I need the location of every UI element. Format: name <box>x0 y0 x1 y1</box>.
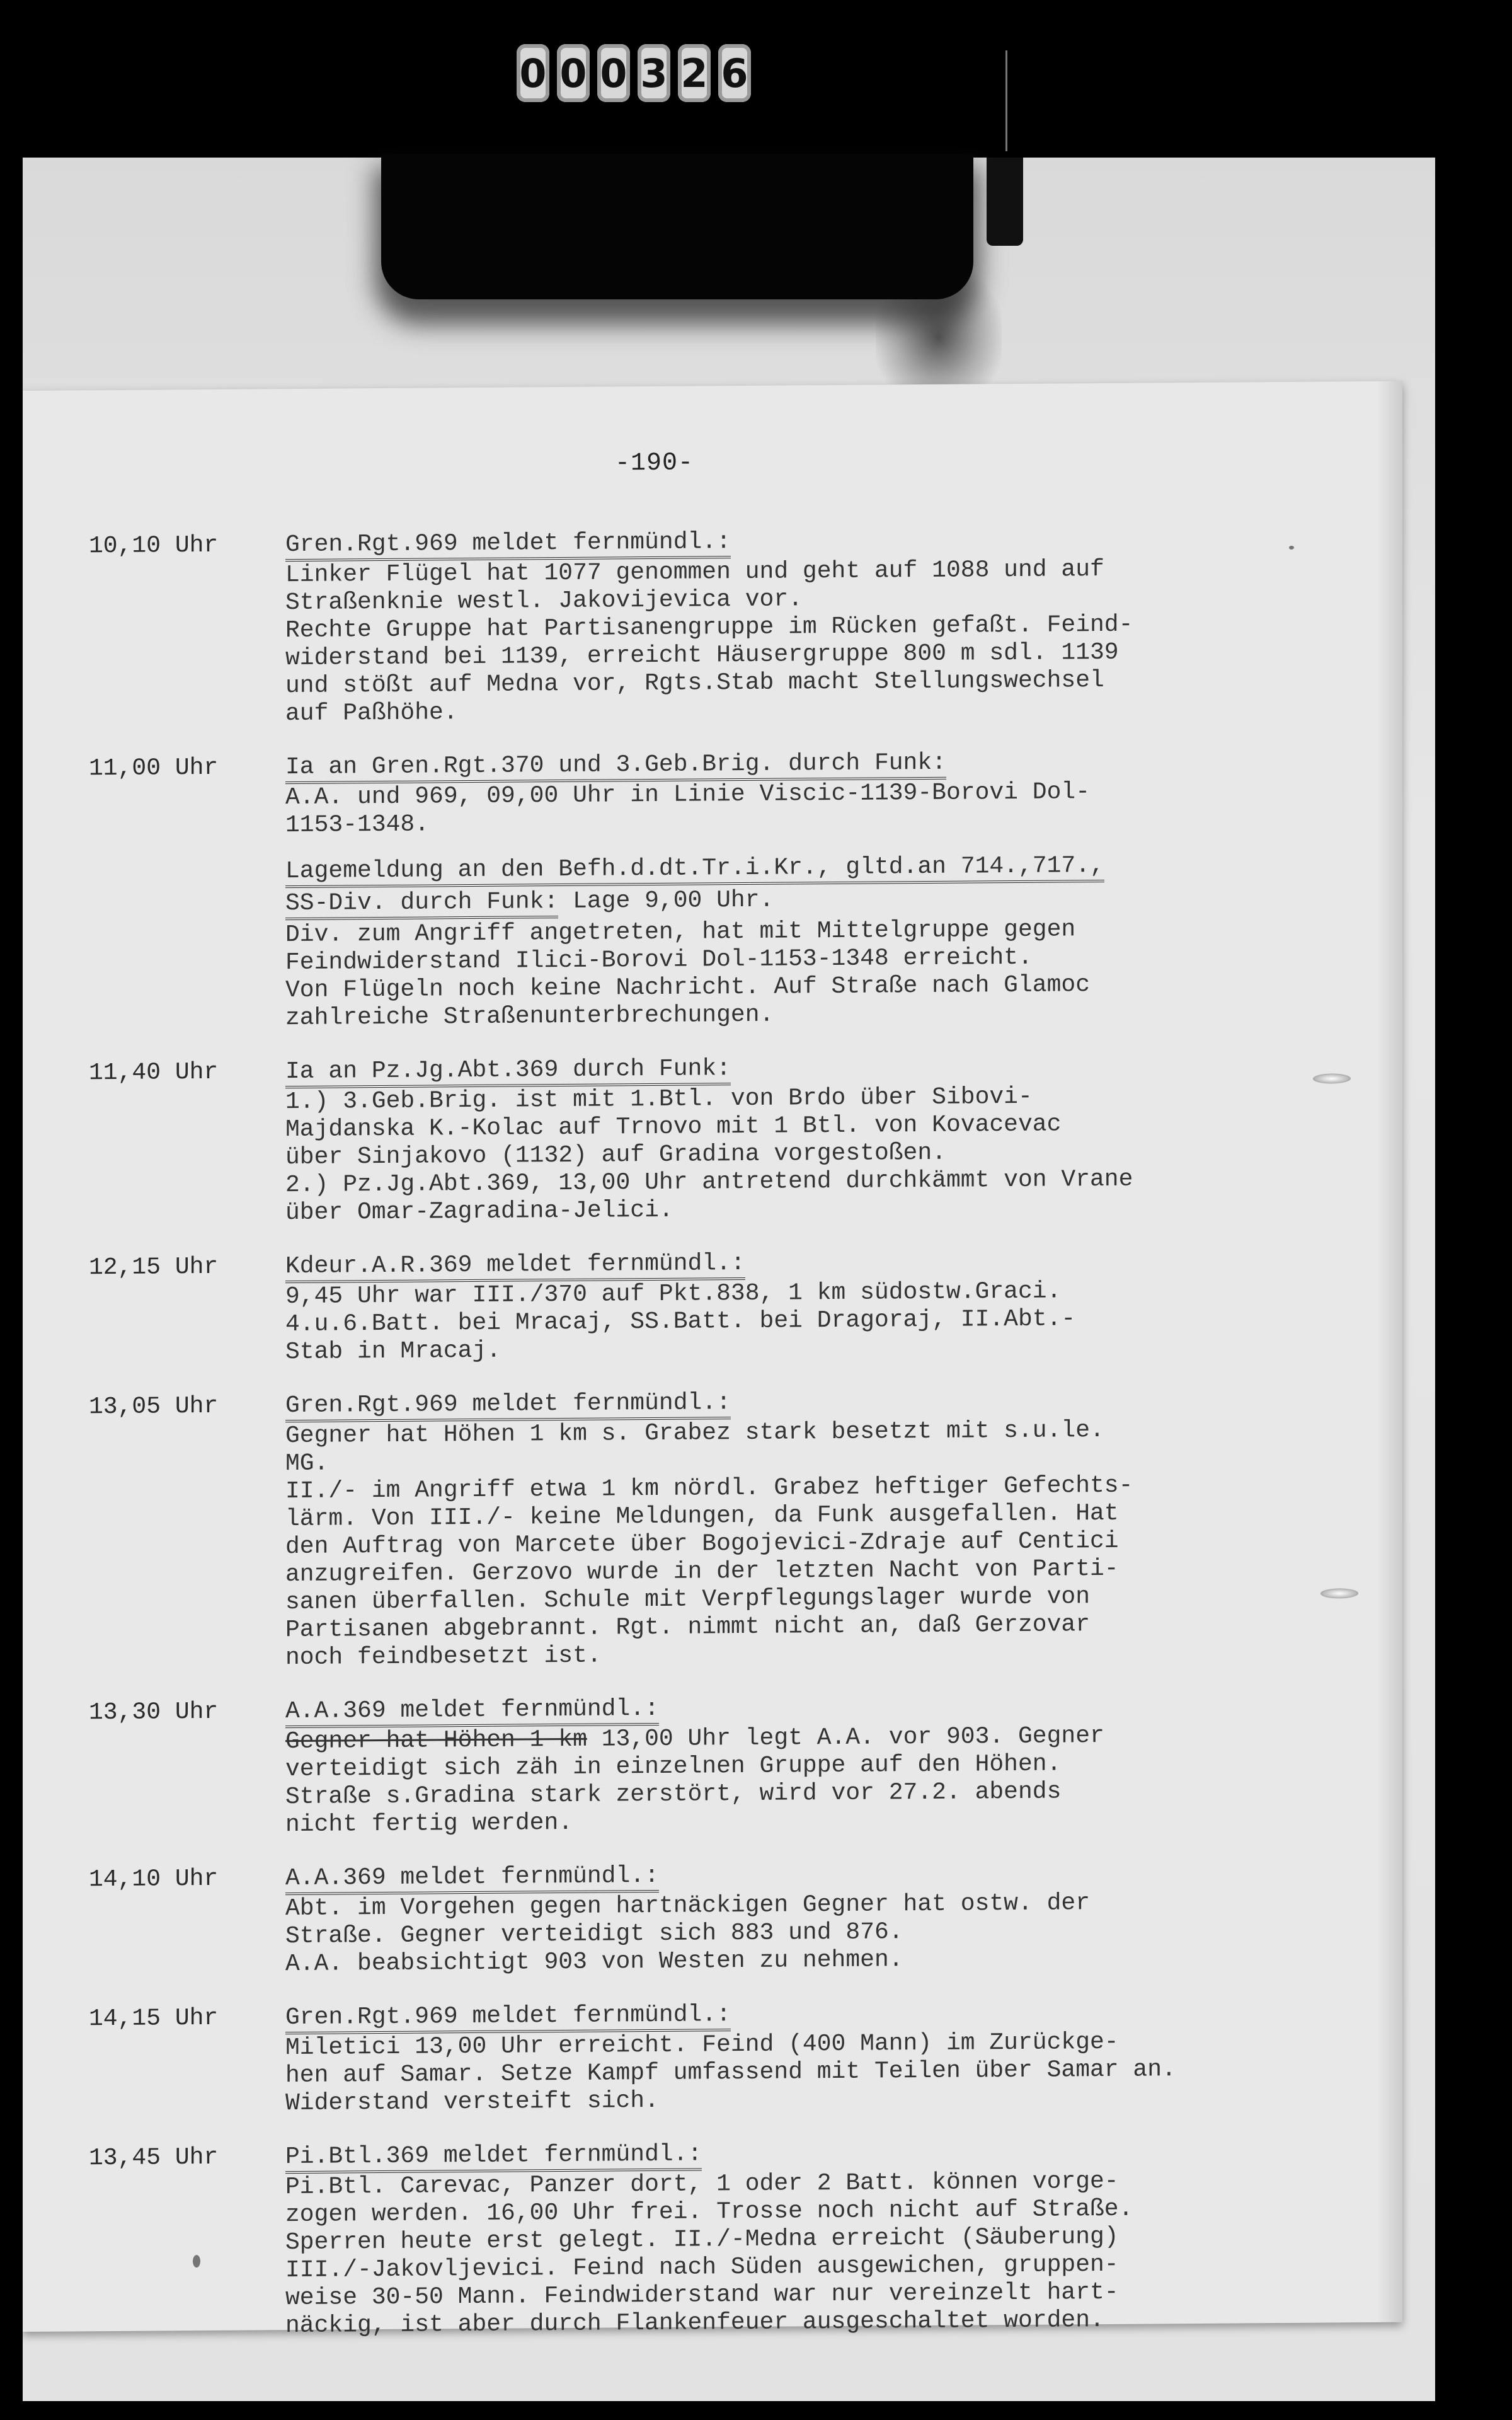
sub-report-heading-tail: Lage 9,00 Uhr. <box>558 887 774 915</box>
frame-digit: 0 <box>597 44 630 102</box>
entry-heading: Gren.Rgt.969 meldet fernmündl.: <box>285 527 731 562</box>
diary-entry: 11,00 UhrIa an Gren.Rgt.370 und 3.Geb.Br… <box>89 746 1349 1034</box>
diary-entry: 14,10 UhrA.A.369 meldet fernmündl.:Abt. … <box>89 1857 1349 1979</box>
entry-content: A.A.369 meldet fernmündl.:Gegner hat Höh… <box>285 1690 1349 1839</box>
entry-line-text: 1153-1348. <box>285 810 429 839</box>
entry-line-text: Abt. im Vorgehen gegen hartnäckigen Gegn… <box>285 1889 1090 1922</box>
diary-entry: 14,15 UhrGren.Rgt.969 meldet fernmündl.:… <box>89 1996 1349 2119</box>
entry-content: Gren.Rgt.969 meldet fernmündl.:Linker Fl… <box>285 523 1349 728</box>
entry-line-text: verteidigt sich zäh in einzelnen Gruppe … <box>285 1750 1061 1783</box>
entry-heading: Pi.Btl.369 meldet fernmündl.: <box>285 2140 702 2174</box>
entry-line-text: Widerstand versteift sich. <box>285 2087 659 2117</box>
entry-line-text: Straße s.Gradina stark zerstört, wird vo… <box>285 1778 1061 1811</box>
entry-line-text: 4.u.6.Batt. bei Mracaj, SS.Batt. bei Dra… <box>285 1305 1075 1338</box>
sub-report-heading: SS-Div. durch Funk: <box>285 887 558 920</box>
entry-content: Kdeur.A.R.369 meldet fernmündl.:9,45 Uhr… <box>285 1245 1349 1366</box>
entry-line-text: Partisanen abgebrannt. Rgt. nimmt nicht … <box>285 1611 1090 1644</box>
entry-time: 11,00 Uhr <box>89 753 285 1034</box>
diary-entry: 11,40 UhrIa an Pz.Jg.Abt.369 durch Funk:… <box>89 1050 1349 1228</box>
struck-text: Gegner hat Höhen 1 km <box>285 1726 587 1755</box>
entry-line-text: über Sinjakovo (1132) auf Gradina vorges… <box>285 1139 946 1171</box>
entry-line-text: über Omar-Zagradina-Jelici. <box>285 1197 673 1226</box>
diary-entry: 13,45 UhrPi.Btl.369 meldet fernmündl.:Pi… <box>89 2135 1349 2341</box>
page-number: -190- <box>615 449 694 478</box>
diary-entries: 10,10 UhrGren.Rgt.969 meldet fernmündl.:… <box>89 523 1349 2366</box>
entry-line-text: und stößt auf Medna vor, Rgts.Stab macht… <box>285 667 1104 700</box>
entry-time: 12,15 Uhr <box>89 1252 285 1368</box>
entry-content: Ia an Pz.Jg.Abt.369 durch Funk:1.) 3.Geb… <box>285 1050 1349 1227</box>
entry-time: 10,10 Uhr <box>89 531 285 729</box>
diary-entry: 10,10 UhrGren.Rgt.969 meldet fernmündl.:… <box>89 523 1349 729</box>
binder-clip <box>381 154 973 299</box>
entry-heading: Gren.Rgt.969 meldet fernmündl.: <box>285 2000 731 2034</box>
entry-heading: A.A.369 meldet fernmündl.: <box>285 1695 659 1728</box>
diary-entry: 13,30 UhrA.A.369 meldet fernmündl.:Gegne… <box>89 1690 1349 1840</box>
entry-line-text: 13,00 Uhr legt A.A. vor 903. Gegner <box>587 1722 1104 1753</box>
entry-content: Gren.Rgt.969 meldet fernmündl.:Gegner ha… <box>285 1384 1349 1672</box>
entry-line-text: noch feindbesetzt ist. <box>285 1642 602 1672</box>
entry-heading: Kdeur.A.R.369 meldet fernmündl.: <box>285 1249 745 1283</box>
frame-digit: 6 <box>718 44 751 102</box>
entry-time: 11,40 Uhr <box>89 1057 285 1228</box>
entry-sub-report: Lagemeldung an den Befh.d.dt.Tr.i.Kr., g… <box>285 850 1349 1032</box>
entry-line-text: 2.) Pz.Jg.Abt.369, 13,00 Uhr antretend d… <box>285 1166 1133 1199</box>
frame-marker <box>1005 50 1007 151</box>
entry-heading: A.A.369 meldet fernmündl.: <box>285 1862 659 1895</box>
entry-content: Ia an Gren.Rgt.370 und 3.Geb.Brig. durch… <box>285 746 1349 1032</box>
entry-line-text: nicht fertig werden. <box>285 1809 573 1838</box>
entry-line-text: Gegner hat Höhen 1 km s. Grabez stark be… <box>285 1417 1104 1449</box>
frame-digit: 0 <box>517 44 549 102</box>
document-page: -190- 10,10 UhrGren.Rgt.969 meldet fernm… <box>23 381 1402 2332</box>
frame-digit: 2 <box>678 44 711 102</box>
entry-content: Pi.Btl.369 meldet fernmündl.:Pi.Btl. Car… <box>285 2135 1349 2340</box>
entry-line-text: näckig, ist aber durch Flankenfeuer ausg… <box>285 2307 1104 2339</box>
binder-clip-tab <box>987 158 1023 246</box>
entry-line-text: 9,45 Uhr war III./370 auf Pkt.838, 1 km … <box>285 1277 1061 1310</box>
entry-line-text: Straßenknie westl. Jakovijevica vor. <box>285 585 803 616</box>
entry-line-text: A.A. und 969, 09,00 Uhr in Linie Viscic-… <box>285 778 1090 811</box>
entry-line-text: MG. <box>285 1450 328 1477</box>
entry-line-text: Straße. Gegner verteidigt sich 883 und 8… <box>285 1918 903 1950</box>
sub-report-heading: Lagemeldung an den Befh.d.dt.Tr.i.Kr., g… <box>285 851 1104 888</box>
entry-heading: Ia an Gren.Rgt.370 und 3.Geb.Brig. durch… <box>285 749 946 784</box>
diary-entry: 12,15 UhrKdeur.A.R.369 meldet fernmündl.… <box>89 1245 1349 1368</box>
entry-heading: Gren.Rgt.969 meldet fernmündl.: <box>285 1388 731 1422</box>
entry-line-text: Majdanska K.-Kolac auf Trnovo mit 1 Btl.… <box>285 1110 1061 1143</box>
entry-content: Gren.Rgt.969 meldet fernmündl.:Miletici … <box>285 1996 1349 2117</box>
frame-digit: 3 <box>638 44 670 102</box>
entry-time: 14,15 Uhr <box>89 2003 285 2119</box>
entry-line-text: hen auf Samar. Setze Kampf umfassend mit… <box>285 2056 1176 2089</box>
frame-digit: 0 <box>557 44 590 102</box>
entry-heading: Ia an Pz.Jg.Abt.369 durch Funk: <box>285 1054 731 1088</box>
entry-content: A.A.369 meldet fernmündl.:Abt. im Vorgeh… <box>285 1857 1349 1978</box>
entry-line-text: Stab in Mracaj. <box>285 1337 501 1366</box>
frame-counter: 000326 <box>517 44 751 102</box>
diary-entry: 13,05 UhrGren.Rgt.969 meldet fernmündl.:… <box>89 1384 1349 1673</box>
entry-line-text: sanen überfallen. Schule mit Verpflegung… <box>285 1583 1090 1616</box>
entry-time: 13,05 Uhr <box>89 1391 285 1673</box>
entry-line-text: Linker Flügel hat 1077 genommen und geht… <box>285 556 1104 589</box>
entry-time: 13,30 Uhr <box>89 1697 285 1840</box>
entry-time: 13,45 Uhr <box>89 2143 285 2341</box>
entry-line-text: A.A. beabsichtigt 903 von Westen zu nehm… <box>285 1946 903 1978</box>
entry-line-text: 1.) 3.Geb.Brig. ist mit 1.Btl. von Brdo … <box>285 1083 1033 1115</box>
entry-time: 14,10 Uhr <box>89 1864 285 1979</box>
entry-line-text: auf Paßhöhe. <box>285 699 458 727</box>
